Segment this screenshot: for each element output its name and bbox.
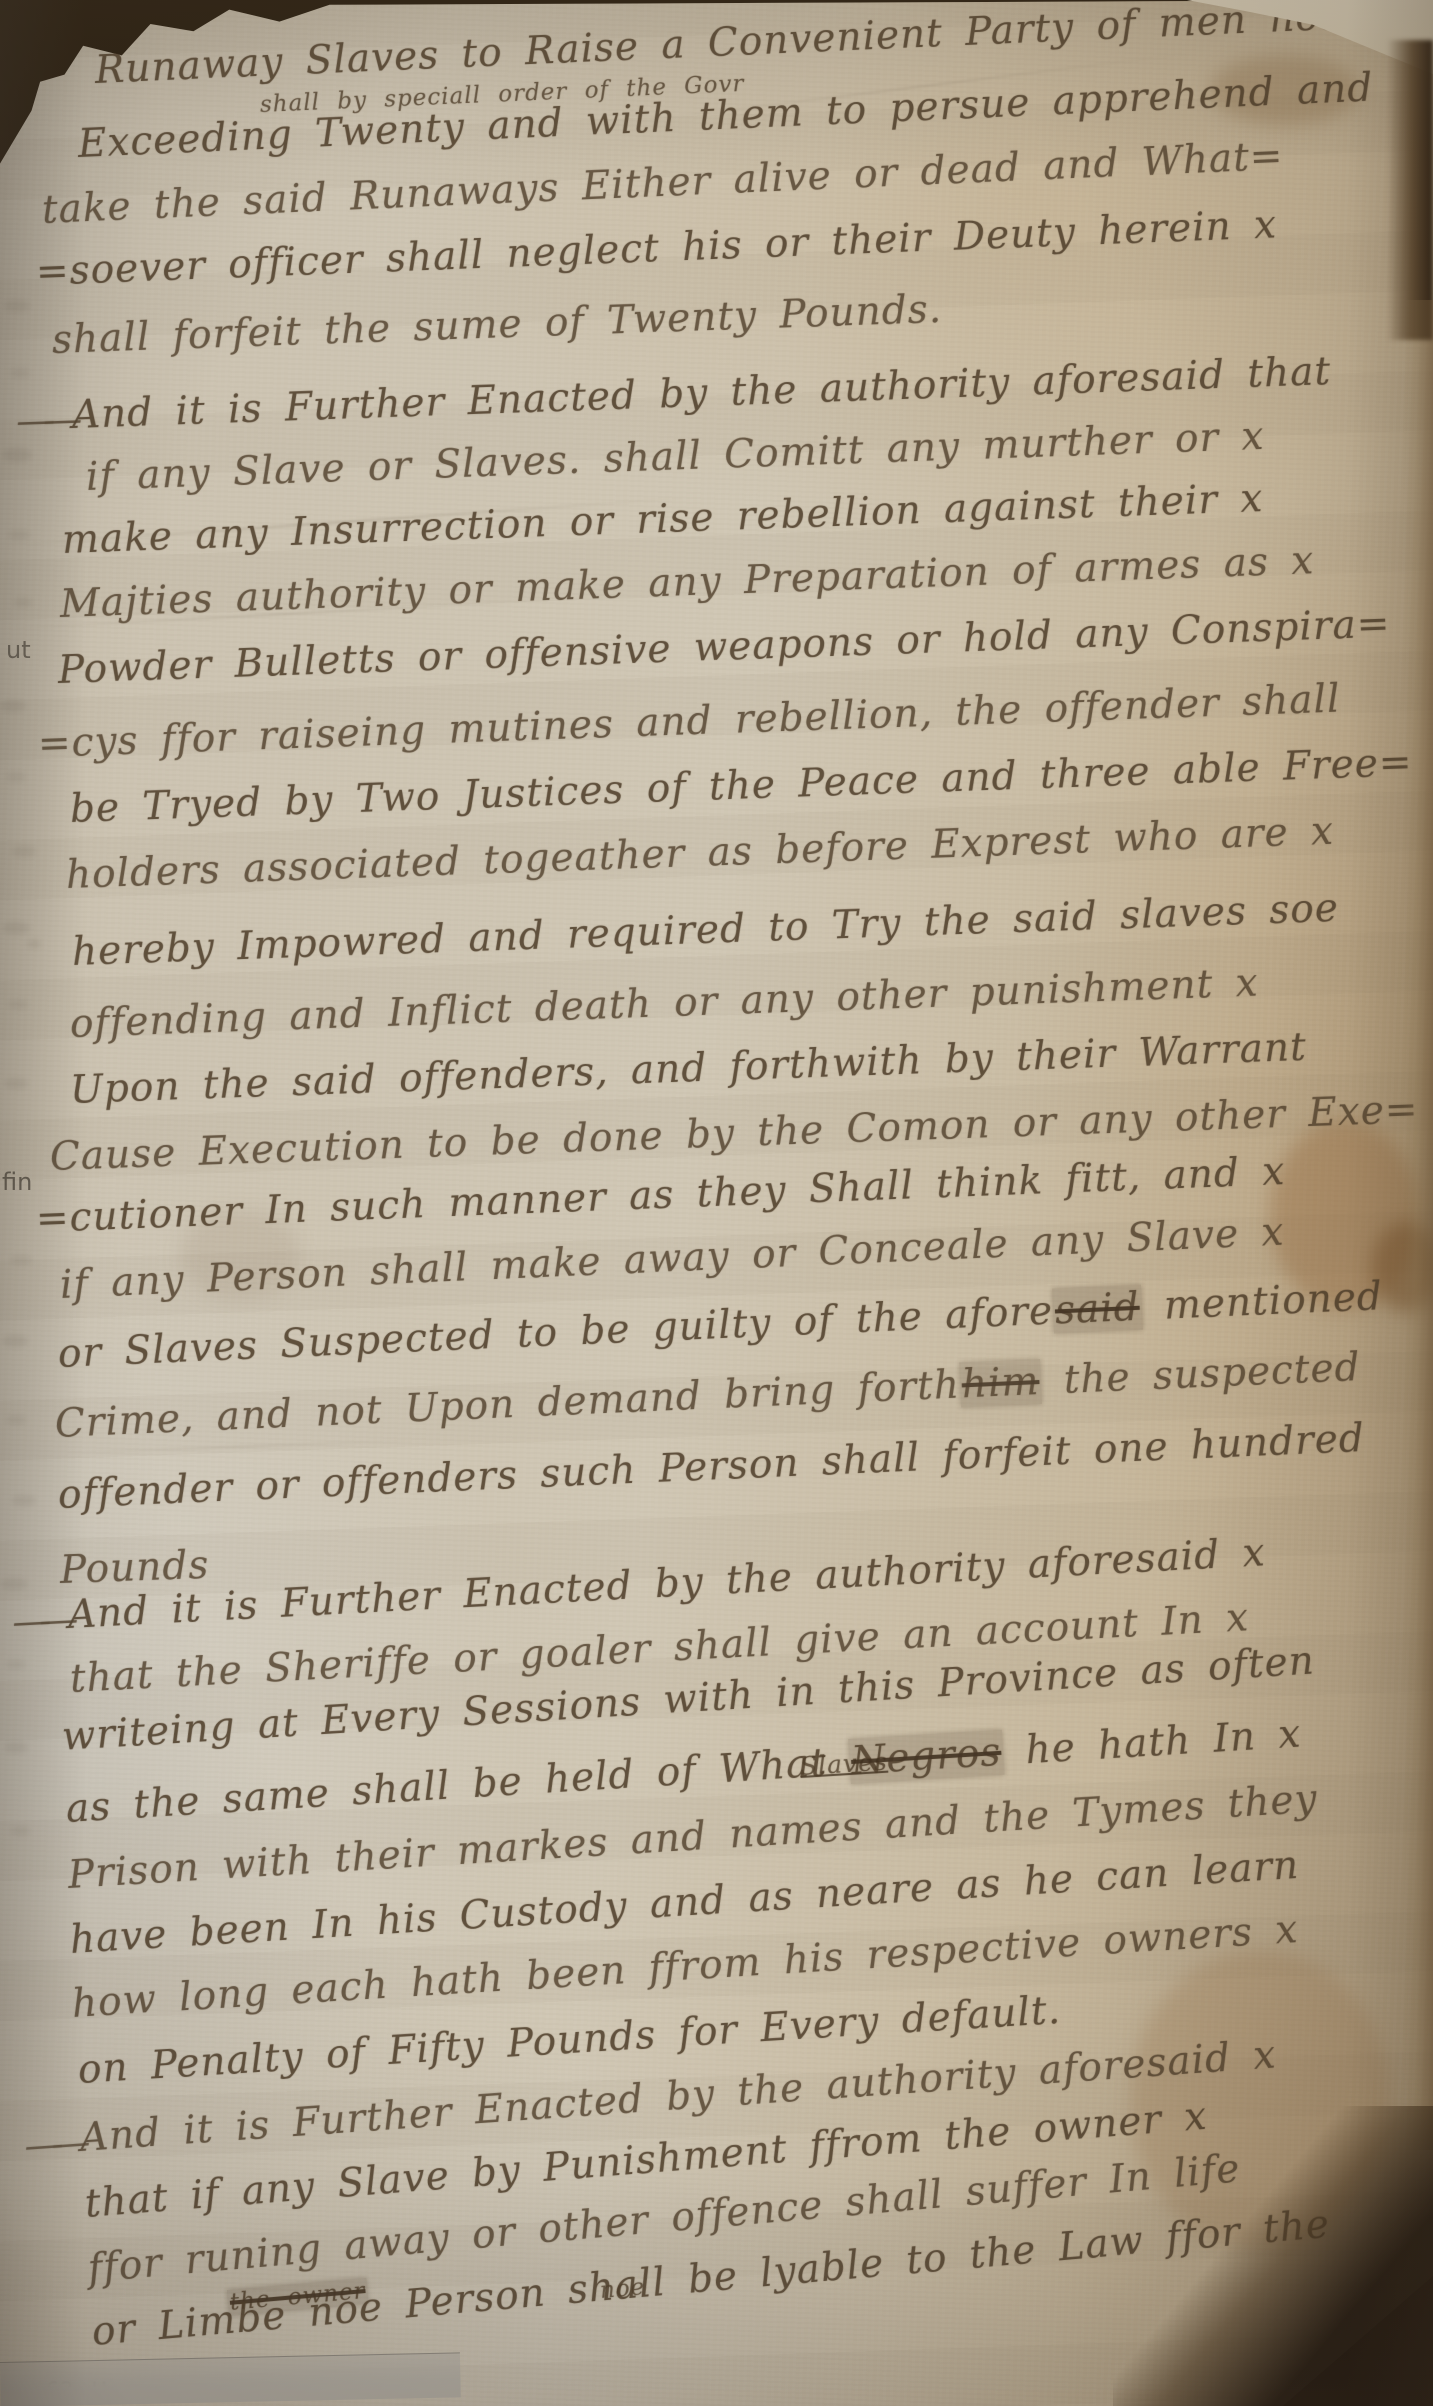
handwritten-text: Runaway Slaves to Raise a Convenient Par…: [0, 0, 1433, 2406]
text-segment: hereby Impowred and required to Try the …: [71, 886, 1339, 975]
margin-note: ut: [6, 636, 31, 664]
text-segment: Crime, and not Upon demand bring forth: [54, 1363, 961, 1447]
text-segment: Pounds: [59, 1543, 210, 1593]
text-segment: shall forfeit the sume of Twenty Pounds.: [51, 287, 943, 363]
backing-paper-edge: [0, 2352, 461, 2406]
struck-word: said: [1052, 1285, 1143, 1334]
text-segment: he hath In x: [1002, 1711, 1303, 1774]
text-segment: fin: [2, 1168, 32, 1196]
manuscript-photo: Runaway Slaves to Raise a Convenient Par…: [0, 0, 1433, 2406]
margin-note: fin: [2, 1168, 32, 1196]
manuscript-line: Pounds: [59, 1543, 210, 1593]
page-curl-shadow: [1403, 300, 1433, 2150]
manuscript-line: hereby Impowred and required to Try the …: [71, 886, 1339, 975]
text-segment: the suspected: [1040, 1345, 1361, 1404]
page-edge-shadow: [1387, 40, 1433, 340]
text-segment: mentioned: [1141, 1274, 1384, 1329]
manuscript-line: shall forfeit the sume of Twenty Pounds.: [51, 287, 943, 363]
text-segment: or Slaves Suspected to be guilty of the …: [57, 1289, 1054, 1377]
text-segment: ut: [6, 636, 31, 664]
struck-word: Negros: [848, 1730, 1005, 1784]
struck-word: him: [959, 1359, 1042, 1408]
